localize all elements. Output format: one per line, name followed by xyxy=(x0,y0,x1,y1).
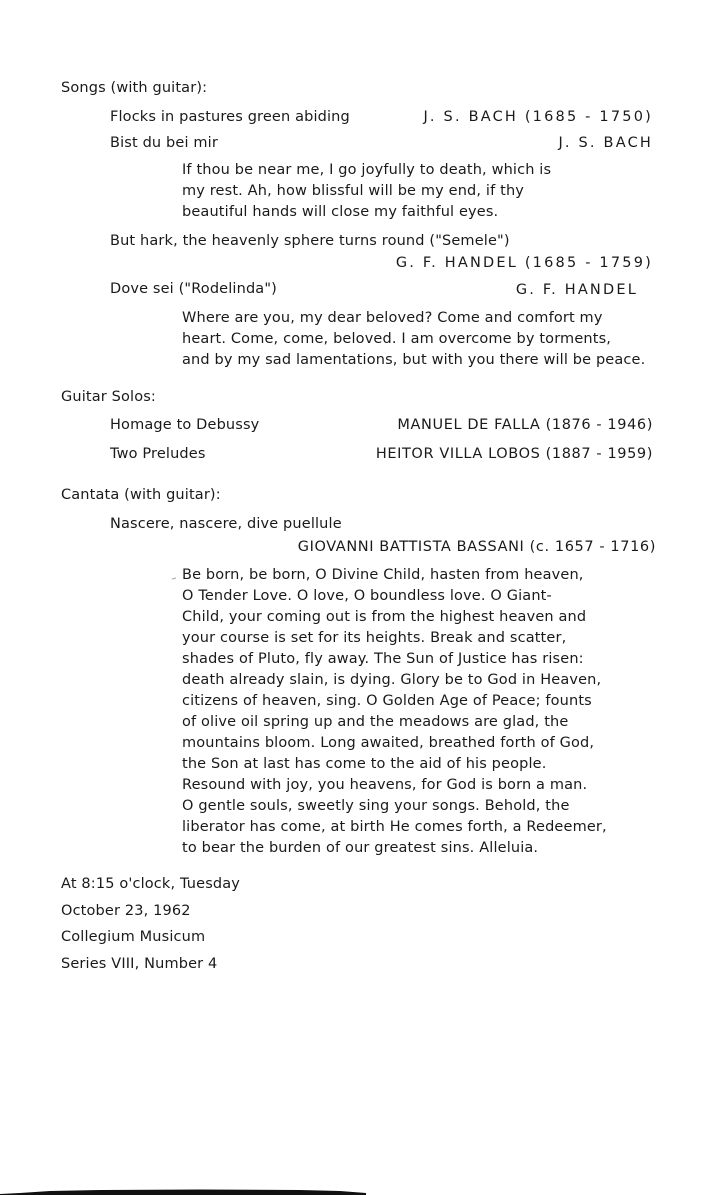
composer-bach-1: J. S. BACH (1685 - 1750) xyxy=(423,109,653,125)
composer-de-falla: MANUEL DE FALLA (1876 - 1946) xyxy=(397,417,653,433)
translation-nascere: Be born, be born, O Divine Child, hasten… xyxy=(182,565,607,859)
composer-handel-1: G. F. HANDEL (1685 - 1759) xyxy=(396,255,653,271)
translation-line: Child, your coming out is from the highe… xyxy=(182,607,607,628)
translation-line: O gentle souls, sweetly sing your songs.… xyxy=(182,796,607,817)
translation-dove-sei: Where are you, my dear beloved? Come and… xyxy=(182,308,645,371)
piece-title-two-preludes: Two Preludes xyxy=(110,446,206,462)
composer-bassani: GIOVANNI BATTISTA BASSANI (c. 1657 - 171… xyxy=(298,539,656,555)
section-heading-songs: Songs (with guitar): xyxy=(61,80,207,96)
translation-line: of olive oil spring up and the meadows a… xyxy=(182,712,607,733)
concert-time: At 8:15 o'clock, Tuesday xyxy=(61,871,240,898)
stray-mark xyxy=(172,577,176,579)
translation-line: Where are you, my dear beloved? Come and… xyxy=(182,308,645,329)
translation-line: my rest. Ah, how blissful will be my end… xyxy=(182,181,551,202)
piece-title-bist-du-bei-mir: Bist du bei mir xyxy=(110,135,218,151)
composer-bach-2: J. S. BACH xyxy=(558,135,653,151)
concert-date: October 23, 1962 xyxy=(61,898,240,925)
series-number: Series VIII, Number 4 xyxy=(61,951,240,978)
translation-line: Resound with joy, you heavens, for God i… xyxy=(182,775,607,796)
page-edge-band xyxy=(0,1183,366,1195)
translation-line: your course is set for its heights. Brea… xyxy=(182,628,607,649)
translation-line: to bear the burden of our greatest sins.… xyxy=(182,838,607,859)
section-heading-cantata: Cantata (with guitar): xyxy=(61,487,221,503)
translation-line: heart. Come, come, beloved. I am overcom… xyxy=(182,329,645,350)
translation-line: beautiful hands will close my faithful e… xyxy=(182,202,551,223)
translation-line: death already slain, is dying. Glory be … xyxy=(182,670,607,691)
composer-villa-lobos: HEITOR VILLA LOBOS (1887 - 1959) xyxy=(376,446,653,462)
piece-title-flocks: Flocks in pastures green abiding xyxy=(110,109,350,125)
translation-line: If thou be near me, I go joyfully to dea… xyxy=(182,160,551,181)
translation-line: and by my sad lamentations, but with you… xyxy=(182,350,645,371)
translation-line: Be born, be born, O Divine Child, hasten… xyxy=(182,565,607,586)
composer-handel-2: G. F. HANDEL xyxy=(516,282,638,298)
piece-title-nascere: Nascere, nascere, dive puellule xyxy=(110,516,342,532)
piece-title-dove-sei: Dove sei ("Rodelinda") xyxy=(110,281,277,297)
translation-line: liberator has come, at birth He comes fo… xyxy=(182,817,607,838)
translation-bist-du-bei-mir: If thou be near me, I go joyfully to dea… xyxy=(182,160,551,223)
translation-line: citizens of heaven, sing. O Golden Age o… xyxy=(182,691,607,712)
translation-line: shades of Pluto, fly away. The Sun of Ju… xyxy=(182,649,607,670)
translation-line: the Son at last has come to the aid of h… xyxy=(182,754,607,775)
series-name: Collegium Musicum xyxy=(61,924,240,951)
piece-title-homage-to-debussy: Homage to Debussy xyxy=(110,417,259,433)
section-heading-guitar-solos: Guitar Solos: xyxy=(61,389,156,405)
piece-title-but-hark: But hark, the heavenly sphere turns roun… xyxy=(110,233,510,249)
concert-info: At 8:15 o'clock, Tuesday October 23, 196… xyxy=(61,871,240,977)
translation-line: mountains bloom. Long awaited, breathed … xyxy=(182,733,607,754)
translation-line: O Tender Love. O love, O boundless love.… xyxy=(182,586,607,607)
